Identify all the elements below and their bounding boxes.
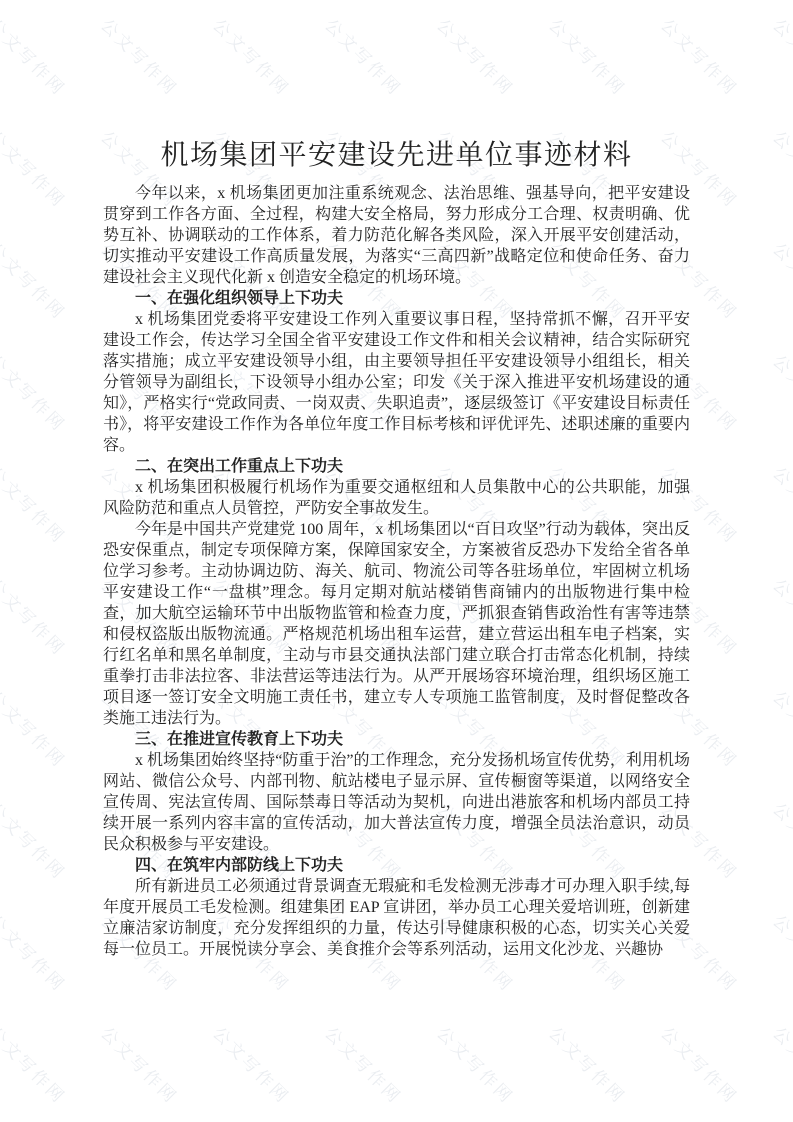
watermark-text: 公文写作网 xyxy=(0,1020,73,1108)
intro-paragraph: 今年以来，x 机场集团更加注重系统观念、法治思维、强基导向，把平安建设贯穿到工作… xyxy=(103,183,690,288)
document-title: 机场集团平安建设先进单位事迹材料 xyxy=(103,136,690,176)
section-1-heading: 一、在强化组织领导上下功夫 xyxy=(103,288,690,309)
watermark-text: 公文写作网 xyxy=(96,1020,184,1108)
section-2-heading: 二、在突出工作重点上下功夫 xyxy=(103,456,690,477)
watermark-text: 公文写作网 xyxy=(656,1020,744,1108)
watermark-text: 公文写作网 xyxy=(544,1020,632,1108)
section-3-paragraph: x 机场集团始终坚持“防重于治”的工作理念，充分发扬机场宣传优势，利用机场网站、… xyxy=(103,750,690,855)
watermark-text: 公文写作网 xyxy=(208,1020,296,1108)
document-body: 机场集团平安建设先进单位事迹材料 今年以来，x 机场集团更加注重系统观念、法治思… xyxy=(0,0,793,960)
document-page: 公文写作网公文写作网公文写作网公文写作网公文写作网公文写作网公文写作网公文写作网… xyxy=(0,0,793,1122)
section-2-paragraph-1: x 机场集团积极履行机场作为重要交通枢纽和人员集散中心的公共职能，加强风险防范和… xyxy=(103,477,690,519)
watermark-text: 公文写作网 xyxy=(432,1020,520,1108)
section-1-paragraph: x 机场集团党委将平安建设工作列入重要议事日程，坚持常抓不懈，召开平安建设工作会… xyxy=(103,309,690,456)
section-3-heading: 三、在推进宣传教育上下功夫 xyxy=(103,729,690,750)
section-4-heading: 四、在筑牢内部防线上下功夫 xyxy=(103,855,690,876)
watermark-text: 公文写作网 xyxy=(320,1020,408,1108)
section-4-paragraph: 所有新进员工必须通过背景调查无瑕疵和毛发检测无涉毒才可办理入职手续,每年度开展员… xyxy=(103,876,690,960)
watermark-text: 公文写作网 xyxy=(768,1020,793,1108)
section-2-paragraph-2: 今年是中国共产党建党 100 周年，x 机场集团以“百日攻坚”行动为载体，突出反… xyxy=(103,519,690,729)
